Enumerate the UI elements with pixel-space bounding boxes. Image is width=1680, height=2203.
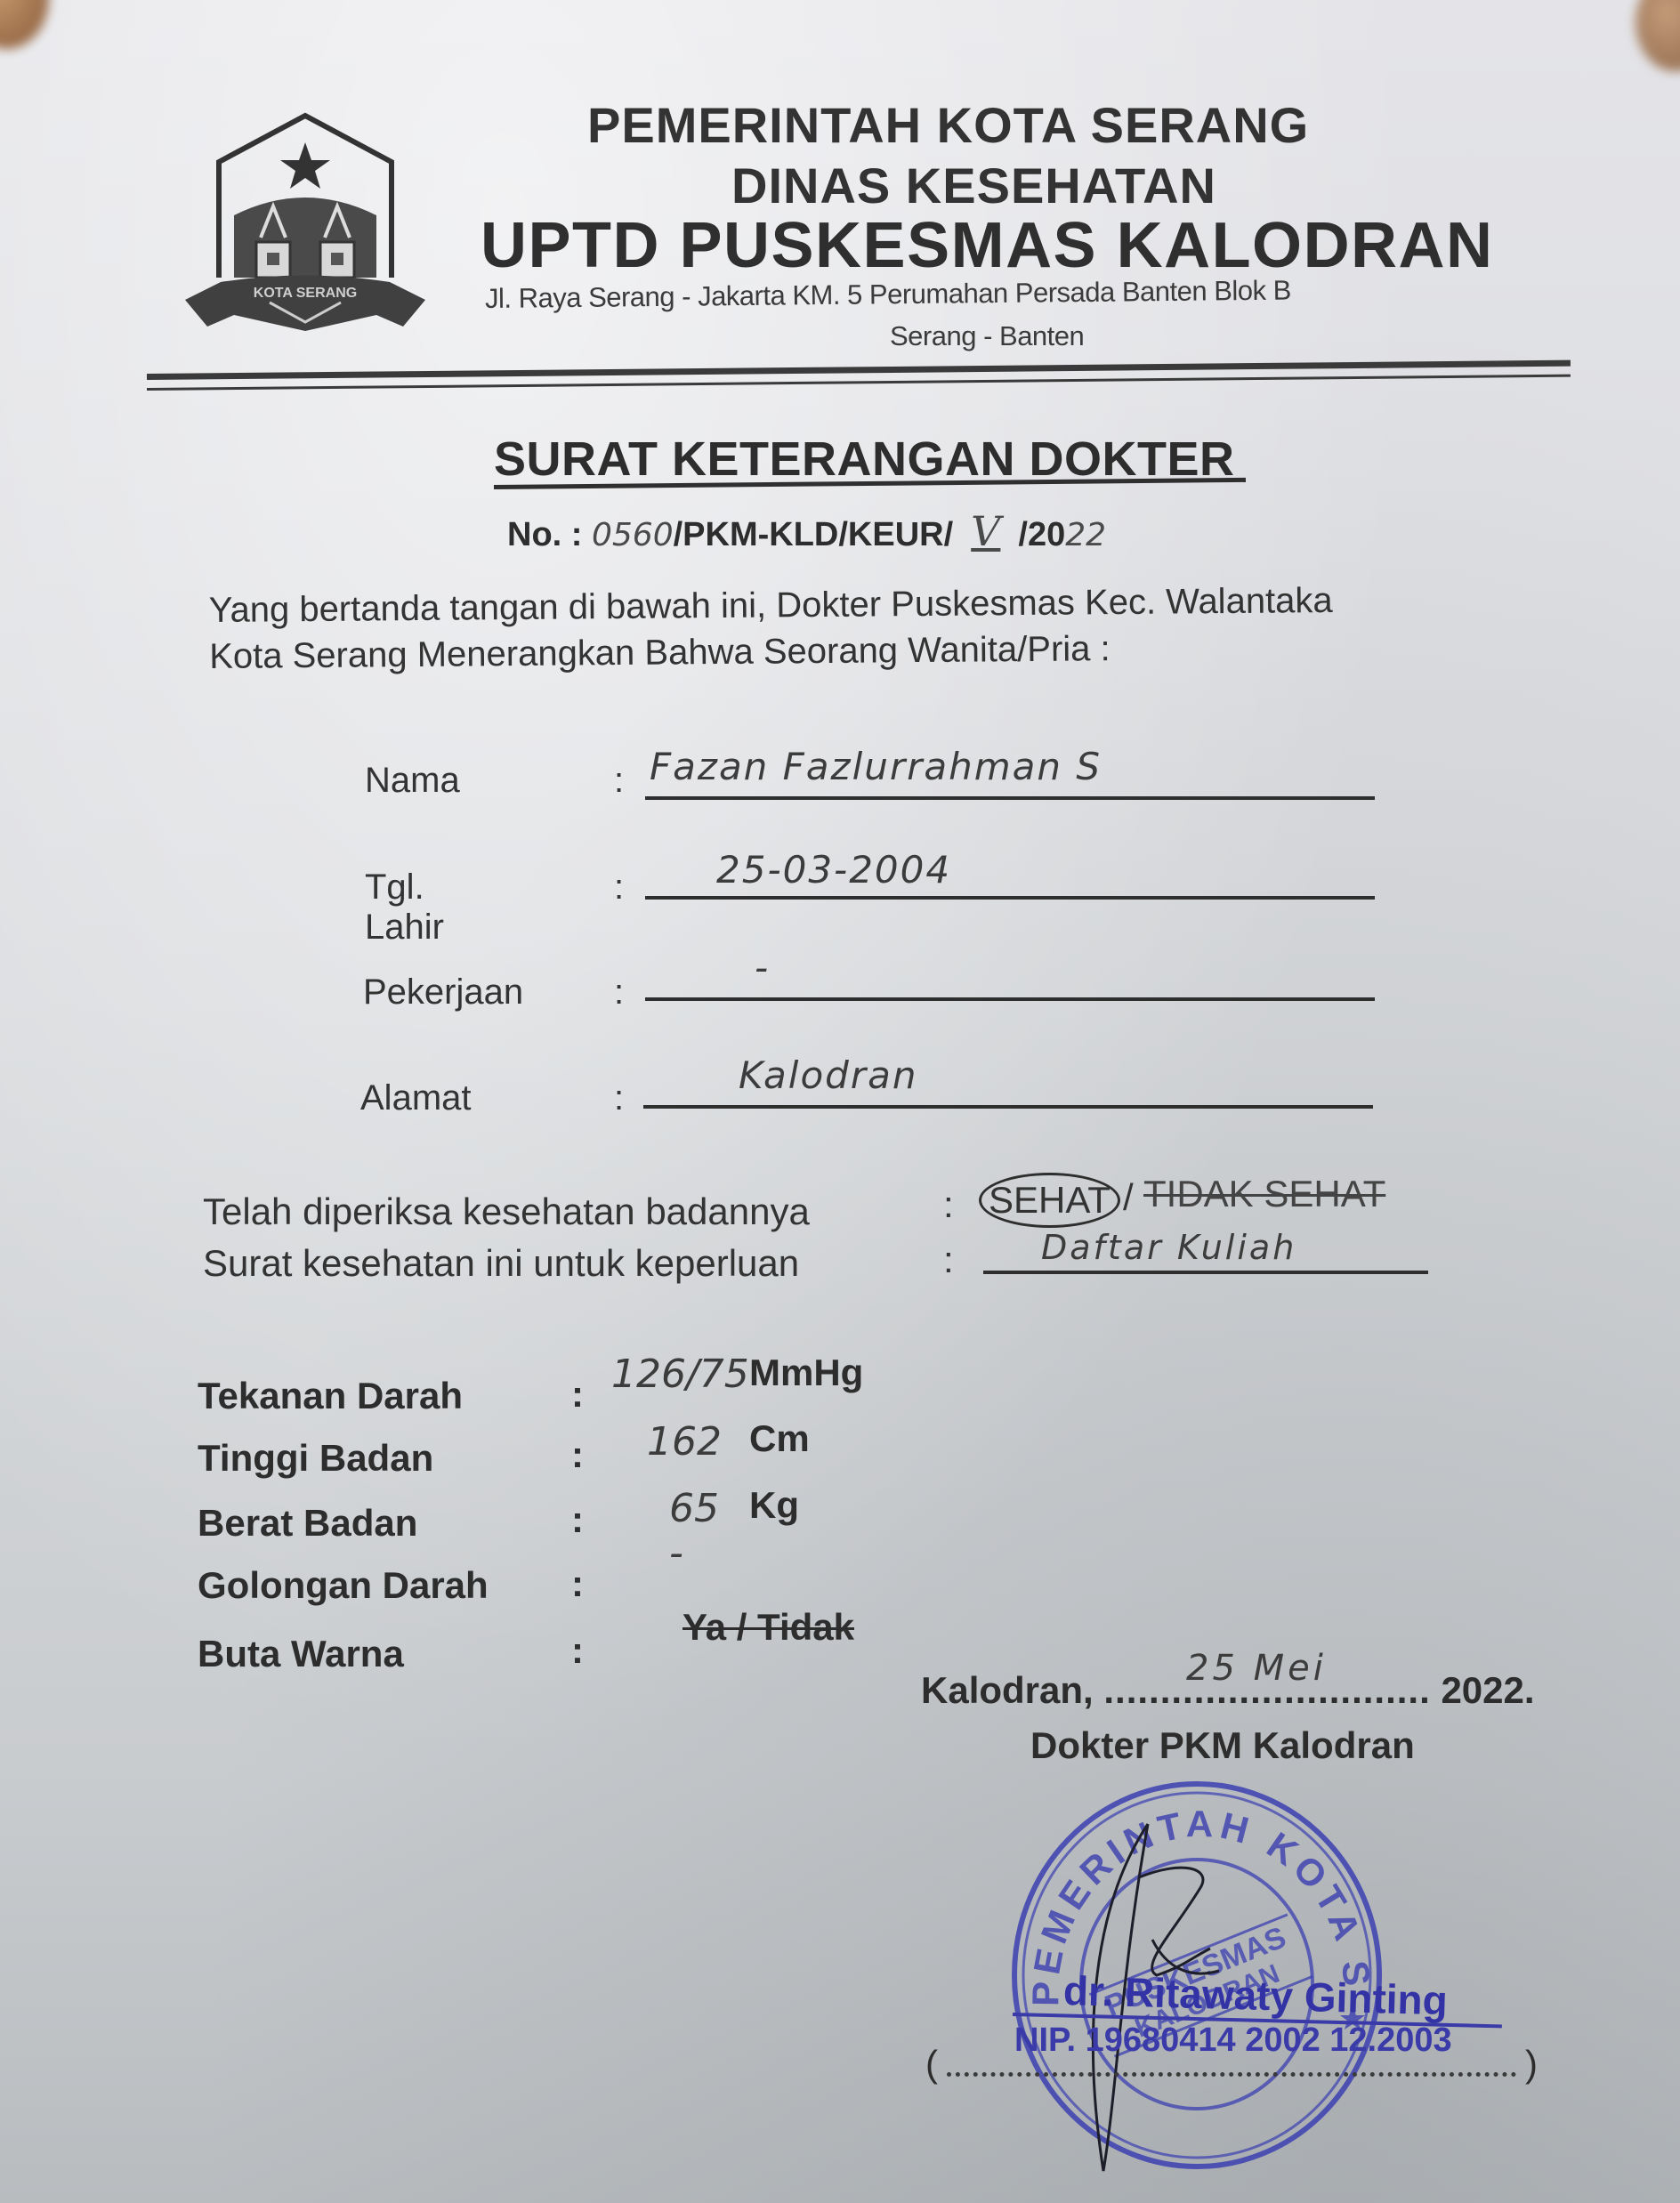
vital-value-handwritten: 65 [669,1486,719,1531]
vital-label: Golongan Darah [198,1564,489,1607]
signature-dotted-line [947,2049,1516,2077]
document-year-prefix: /20 [1018,516,1065,553]
field-value-handwritten: Kalodran [739,1053,917,1097]
vital-option-struck: Ya / Tidak [682,1606,854,1649]
vital-colon: : [571,1629,584,1672]
field-label: Nama [365,761,460,801]
vital-label: Tekanan Darah [198,1375,463,1417]
health-status-colon: : [943,1183,954,1226]
place-text: Kalodran, [921,1669,1094,1711]
document-number-handwritten: 0560 [592,517,674,553]
letterhead-department: DINAS KESEHATAN [731,157,1216,214]
intro-line1: Yang bertanda tangan di bawah ini, Dokte… [209,577,1333,633]
place-and-date: Kalodran, ............................. … [921,1669,1535,1712]
field-value-handwritten: Fazan Fazlurrahman S [650,745,1102,788]
vital-label: Tinggi Badan [198,1437,433,1480]
document-month-roman: V [971,507,1000,555]
signature-line: () [925,2043,1538,2086]
field-colon: : [614,972,624,1013]
vital-colon: : [571,1498,584,1541]
date-handwritten: 25 Mei [1186,1648,1327,1689]
field-label: Alamat [360,1078,472,1118]
intro-line2: Kota Serang Menerangkan Bahwa Seorang Wa… [209,624,1333,680]
document-number: No. : 0560/PKM-KLD/KEUR/V/2022 [507,507,1106,555]
finger-top-left [0,0,49,49]
field-colon: : [614,761,624,801]
document-year-handwritten: 22 [1065,517,1106,553]
date-year: 2022. [1441,1669,1534,1711]
health-status-separator: / [1123,1176,1134,1219]
purpose-label: Surat kesehatan ini untuk keperluan [203,1242,799,1285]
health-status-struck-option: TIDAK SEHAT [1143,1173,1385,1215]
vital-value-handwritten: 126/75 [611,1352,749,1397]
vital-colon: : [571,1433,584,1476]
field-colon: : [614,867,624,908]
vital-value-handwritten: 162 [647,1419,722,1465]
document-number-prefix: No. : [507,516,582,553]
vital-unit: Cm [749,1417,810,1460]
paren-close: ) [1525,2043,1538,2085]
field-underline [645,896,1375,900]
vital-colon: : [571,1373,584,1416]
vital-label: Berat Badan [198,1502,417,1545]
field-value-handwritten: 25-03-2004 [716,848,951,892]
field-colon: : [614,1078,624,1118]
letterhead-government: PEMERINTAH KOTA SERANG [587,96,1309,154]
letterhead-address-line2: Serang - Banten [890,320,1084,352]
kota-serang-crest-icon: KOTA SERANG [185,109,425,340]
purpose-value-handwritten: Daftar Kuliah [1041,1228,1296,1267]
intro-paragraph: Yang bertanda tangan di bawah ini, Dokte… [209,577,1334,680]
signer-title: Dokter PKM Kalodran [1030,1724,1415,1767]
vital-unit: Kg [749,1484,799,1527]
field-underline [645,997,1375,1001]
field-value-handwritten: - [755,946,770,989]
document-number-middle: /PKM-KLD/KEUR/ [674,516,954,553]
vital-colon: : [571,1562,584,1605]
field-label: Pekerjaan [363,972,523,1013]
field-underline [643,1105,1373,1109]
letterhead-institution: UPTD PUSKESMAS KALODRAN [481,209,1494,282]
logo-ribbon-text: KOTA SERANG [254,286,357,301]
field-underline [645,796,1375,800]
finger-top-right [1636,0,1680,71]
health-status-selected: SEHAT [979,1173,1120,1228]
vital-label: Buta Warna [198,1633,404,1675]
field-label: Tgl. Lahir [365,867,444,948]
health-status-label: Telah diperiksa kesehatan badannya [203,1190,810,1233]
purpose-colon: : [943,1239,954,1281]
paren-open: ( [925,2043,938,2085]
vital-unit: MmHg [749,1352,863,1394]
purpose-underline [983,1271,1428,1274]
vital-value-handwritten: - [669,1530,683,1576]
